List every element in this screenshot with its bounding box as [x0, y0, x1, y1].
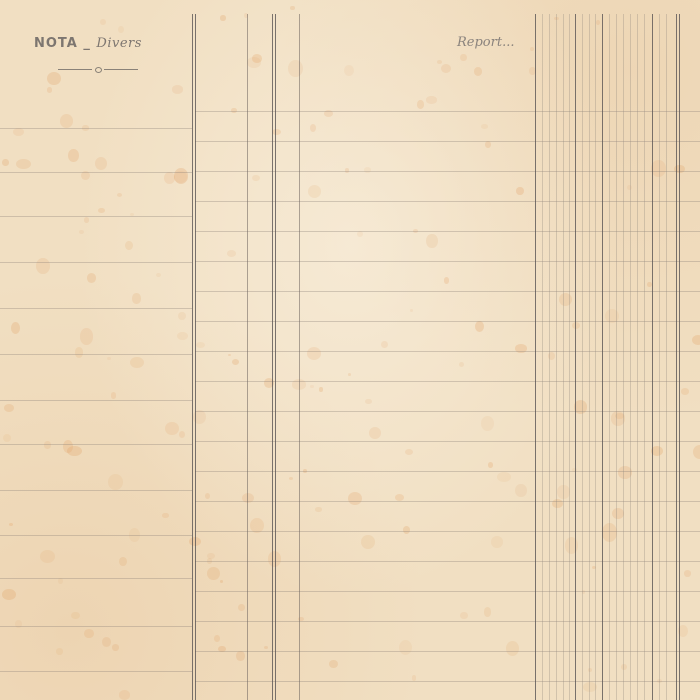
left-rule-line	[0, 308, 192, 309]
column-rule-line	[247, 14, 248, 700]
column-rule-line	[582, 14, 583, 700]
right-rule-line	[195, 351, 700, 352]
right-rule-line	[195, 141, 700, 142]
column-rule-line	[644, 14, 645, 700]
right-rule-line	[195, 651, 700, 652]
column-rule-line	[549, 14, 550, 700]
right-rule-line	[195, 261, 700, 262]
left-rule-line	[0, 262, 192, 263]
column-rule-line	[676, 14, 677, 700]
right-rule-line	[195, 321, 700, 322]
column-rule-line	[637, 14, 638, 700]
column-rule-line	[589, 14, 590, 700]
left-rule-line	[0, 578, 192, 579]
divers-label: Divers	[96, 36, 142, 51]
right-rule-line	[195, 471, 700, 472]
right-rule-line	[195, 621, 700, 622]
left-rule-line	[0, 490, 192, 491]
right-rule-line	[195, 111, 700, 112]
column-rule-line	[275, 14, 276, 700]
right-rule-line	[195, 531, 700, 532]
left-rule-line	[0, 444, 192, 445]
right-rule-line	[195, 411, 700, 412]
column-rule-line	[556, 14, 557, 700]
left-rule-line	[0, 172, 192, 173]
nota-divers-heading: NOTA _ Divers	[34, 36, 142, 51]
column-rule-line	[652, 14, 653, 700]
right-rule-line	[195, 501, 700, 502]
column-rule-line	[563, 14, 564, 700]
column-rule-line	[679, 14, 680, 700]
column-rule-line	[299, 14, 300, 700]
column-rule-line	[595, 14, 596, 700]
right-rule-line	[195, 291, 700, 292]
right-rule-line	[195, 171, 700, 172]
column-rule-line	[659, 14, 660, 700]
column-rule-line	[616, 14, 617, 700]
right-rule-line	[195, 441, 700, 442]
heading-separator: _	[78, 36, 97, 51]
column-rule-line	[535, 14, 536, 700]
column-rule-line	[623, 14, 624, 700]
left-rule-line	[0, 216, 192, 217]
left-rule-line	[0, 671, 192, 672]
ornament-divider-icon	[58, 68, 138, 72]
right-rule-line	[195, 681, 700, 682]
column-rule-line	[630, 14, 631, 700]
column-rule-line	[192, 14, 193, 700]
left-rule-line	[0, 354, 192, 355]
column-rule-line	[609, 14, 610, 700]
left-rule-line	[0, 535, 192, 536]
left-rule-line	[0, 626, 192, 627]
right-rule-line	[195, 591, 700, 592]
right-rule-line	[195, 201, 700, 202]
left-rule-line	[0, 400, 192, 401]
column-rule-line	[575, 14, 576, 700]
column-rule-line	[602, 14, 603, 700]
column-rule-line	[569, 14, 570, 700]
right-rule-line	[195, 561, 700, 562]
right-rule-line	[195, 381, 700, 382]
column-rule-line	[272, 14, 273, 700]
column-rule-line	[666, 14, 667, 700]
right-rule-line	[195, 231, 700, 232]
left-rule-line	[0, 128, 192, 129]
nota-label: NOTA	[34, 36, 78, 51]
column-rule-line	[195, 14, 196, 700]
report-heading: Report...	[457, 35, 514, 50]
column-rule-line	[542, 14, 543, 700]
